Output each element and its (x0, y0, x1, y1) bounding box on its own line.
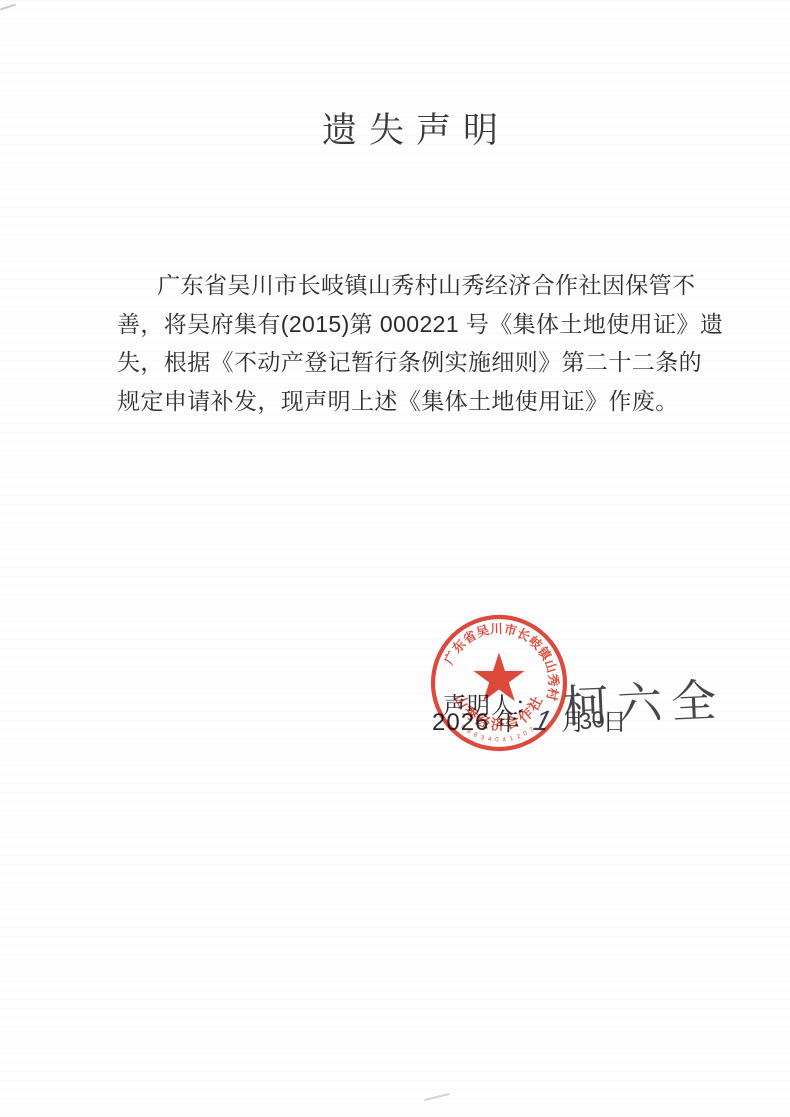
body-line-1: 广东省吴川市长岐镇山秀村山秀经济合作社因保管不 (117, 266, 685, 305)
body-line-4: 规定申请补发，现声明上述《集体土地使用证》作废。 (117, 382, 685, 421)
seal-star-icon (473, 652, 524, 701)
declaration-body: 广东省吴川市长岐镇山秀村山秀经济合作社因保管不 善，将吴府集有(2015)第 0… (117, 266, 685, 420)
document-title: 遗失声明 (0, 103, 790, 153)
scanned-document-page: 遗失声明 广东省吴川市长岐镇山秀村山秀经济合作社因保管不 善，将吴府集有(201… (0, 0, 790, 1117)
body-line-2: 善，将吴府集有(2015)第 000221 号《集体土地使用证》遗 (117, 305, 685, 344)
handwritten-day: 30 (577, 706, 606, 736)
body-line-3: 失，根据《不动产登记暂行条例实施细则》第二十二条的 (117, 343, 685, 382)
official-red-seal: 广东省吴川市长岐镇山秀村 山秀经济合作社 08834041207 (420, 604, 578, 762)
scan-artifact-bottom (424, 1093, 450, 1101)
scan-artifact-topleft (0, 4, 16, 11)
